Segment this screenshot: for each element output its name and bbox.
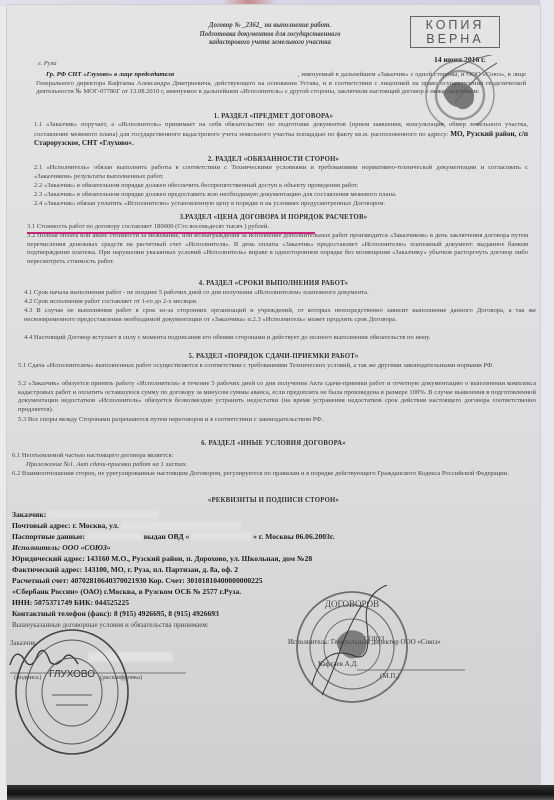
passport-date: » г. Москвы 06.06.2003г.	[253, 532, 334, 541]
document-header: Договор № _2362_ на выполнение работ. По…	[120, 22, 420, 48]
ovd-redacted	[191, 532, 251, 541]
executor-name: Исполнитель: ООО «СОЮЗ»	[12, 543, 111, 552]
contract-subject: Подготовка документов для государственно…	[120, 31, 420, 40]
clause-2-1: 2.1 «Исполнитель» обязан выполнить работ…	[34, 164, 528, 181]
intro-paragraph: Гр. РФ СНТ «Глухово» в лице председателя…	[36, 71, 526, 97]
clause-5-2: 5.2 «Заказчик» обязуется принять работу …	[18, 380, 536, 414]
clause-2-2: 2.2 «Заказчик» в обязательном порядке до…	[34, 182, 358, 191]
customer-redacted	[48, 510, 158, 519]
clause-6-1: 6.1 Неотъемлемой частью настоящего догов…	[12, 452, 173, 461]
clause-1-1: 1.1 «Заказчик» поручает, а «Исполнитель»…	[34, 121, 528, 149]
clause-4-2: 4.2 Срок исполнения работ составляет от …	[24, 298, 198, 307]
intro-lead: Гр. РФ СНТ «Глухово» в лице председателя	[46, 71, 174, 78]
clause-4-3: 4.3 В случае не выполнения работ в срок …	[24, 307, 536, 324]
section-5-title: 5. РАЗДЕЛ «ПОРЯДОК СДАЧИ-ПРИЕМКИ РАБОТ»	[7, 353, 540, 360]
section-1-title: 1. РАЗДЕЛ «ПРЕДМЕТ ДОГОВОРА»	[7, 113, 540, 120]
executor-phone: Контактный телефон (факс): 8 (915) 49266…	[12, 609, 219, 618]
executor-legal-address: Юридический адрес: 143160 М.О., Рузский …	[12, 554, 312, 563]
customer-postal-address: Почтовый адрес: г. Москва, ул.	[12, 521, 241, 530]
clause-2-4: 2.4 «Заказчик» обязан уплатить «Исполнит…	[34, 200, 385, 209]
postal-label: Почтовый адрес: г. Москва, ул.	[12, 521, 119, 530]
executor-account: Расчетный счет: 40702810640370021930 Кор…	[12, 576, 263, 585]
clause-5-3: 5.3 Все споры между Сторонами разрешаютс…	[18, 416, 323, 425]
executor-seal-icon: ДОГОВОРОВ СОЮЗ	[292, 585, 452, 725]
stamp-line-1: КОПИЯ	[411, 18, 499, 32]
clause-6-2: 6.2 Взаимоотношения сторон, не урегулиро…	[12, 470, 536, 479]
passport-label: Паспортные данные:	[12, 532, 85, 541]
section-4-title: 4. РАЗДЕЛ «СРОКИ ВЫПОЛНЕНИЯ РАБОТ»	[7, 280, 540, 287]
passport-issued: выдан ОВД «	[144, 532, 190, 541]
city: г. Руза	[38, 60, 57, 69]
clause-2-3: 2.3 «Заказчик» в обязательном порядке до…	[34, 191, 397, 200]
section-2-title: 2. РАЗДЕЛ «ОБЯЗАННОСТИ СТОРОН»	[7, 156, 540, 163]
section-3-title: 3.РАЗДЕЛ «ЦЕНА ДОГОВОРА И ПОРЯДОК РАСЧЕТ…	[7, 214, 540, 221]
clause-4-1: 4.1 Срок начала выполнения работ - не по…	[24, 289, 369, 298]
postal-redacted	[121, 521, 241, 530]
customer-label: Заказчик:	[12, 510, 158, 519]
executor-bank: «Сбербанк России» (ОАО) г.Москва, в Рузс…	[12, 587, 241, 596]
svg-text:СОЮЗ: СОЮЗ	[364, 635, 385, 643]
stamp-line-2: ВЕРНА	[411, 32, 499, 46]
section-6-title: 6. РАЗДЕЛ «ИНЫЕ УСЛОВИЯ ДОГОВОРА»	[7, 440, 540, 447]
contract-number: Договор № _2362_ на выполнение работ.	[120, 22, 420, 31]
executor-actual-address: Фактический адрес: 143100, МО, г. Руза, …	[12, 565, 238, 574]
clause-3-1-price: 3.1 Стоимость работ по договору составля…	[27, 223, 269, 232]
appendix-1: Приложение №1. Акт сдачи-приемки работ н…	[26, 461, 187, 470]
passport-redacted	[87, 532, 142, 541]
scan-bottom-shadow	[7, 785, 554, 800]
svg-text:ГЛУХОВО: ГЛУХОВО	[49, 669, 95, 680]
copy-verified-stamp: КОПИЯ ВЕРНА	[410, 16, 500, 48]
clause-5-1: 5.1 Сдача «Исполнителем» выполненных раб…	[18, 362, 536, 371]
contract-subject-line2: кадастрового учета земельного участка	[120, 39, 420, 48]
clause-3-2: 3.2 Полная оплата или аванс стоимости за…	[27, 232, 528, 266]
executor-inn-bik: ИНН: 5075371749 БИК: 044525225	[12, 598, 129, 607]
customer-seal-icon: ГЛУХОВО	[12, 625, 132, 760]
customer-label-text: Заказчик:	[12, 510, 46, 519]
customer-passport: Паспортные данные: выдан ОВД « » г. Моск…	[12, 532, 334, 541]
clause-4-4: 4.4 Настоящий Договор вступает в силу с …	[24, 334, 536, 343]
redacted-name: [скрыто]	[176, 71, 296, 80]
svg-text:ДОГОВОРОВ: ДОГОВОРОВ	[325, 599, 379, 609]
requisites-title: «РЕКВИЗИТЫ И ПОДПИСИ СТОРОН»	[7, 497, 540, 504]
scan-right-margin	[540, 0, 554, 800]
